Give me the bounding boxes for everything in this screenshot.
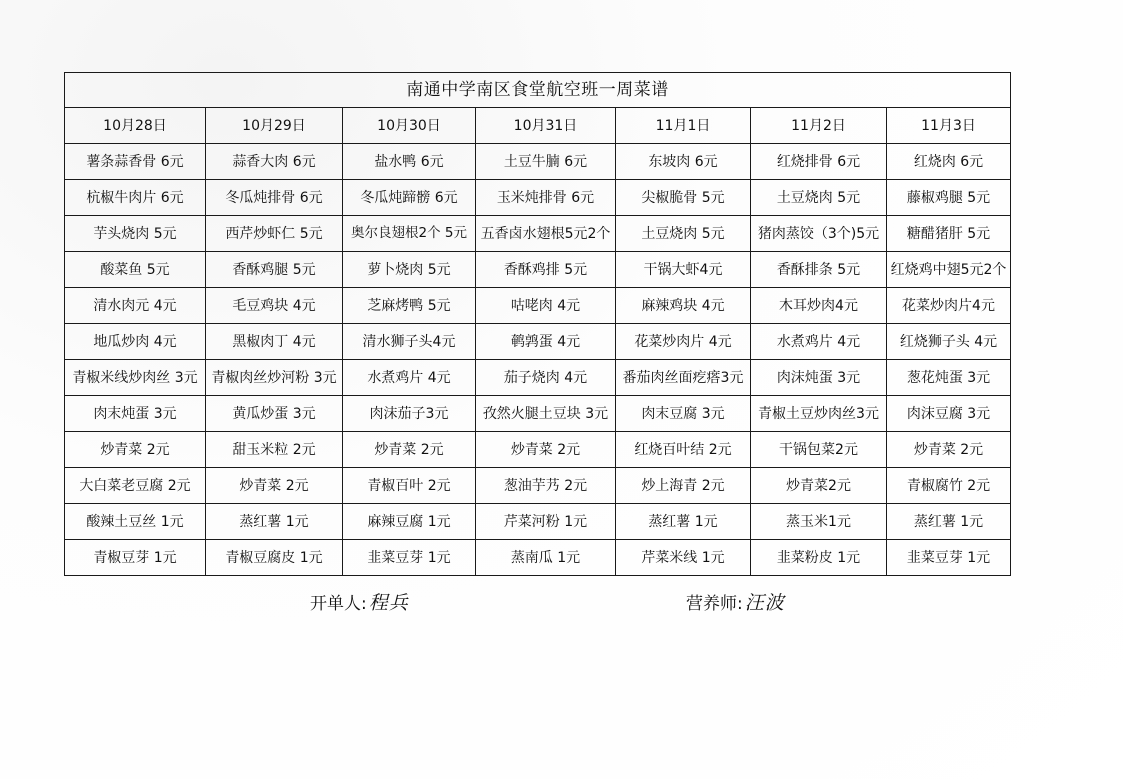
- dish-cell: 炒青菜2元: [751, 468, 887, 504]
- dish-cell: 花菜炒肉片4元: [887, 288, 1011, 324]
- table-row: 肉末炖蛋 3元 黄瓜炒蛋 3元 肉沫茄子3元 孜然火腿土豆块 3元 肉末豆腐 3…: [65, 396, 1011, 432]
- dish-cell: 西芹炒虾仁 5元: [206, 216, 343, 252]
- table-row: 芋头烧肉 5元 西芹炒虾仁 5元 奥尔良翅根2个 5元 五香卤水翅根5元2个 土…: [65, 216, 1011, 252]
- table-row: 地瓜炒肉 4元 黑椒肉丁 4元 清水狮子头4元 鹌鹑蛋 4元 花菜炒肉片 4元 …: [65, 324, 1011, 360]
- dish-cell: 毛豆鸡块 4元: [206, 288, 343, 324]
- dietitian-signoff: 营养师:汪波: [686, 588, 785, 615]
- dish-cell: 韭菜豆芽 1元: [343, 540, 476, 576]
- dish-cell: 青椒豆芽 1元: [65, 540, 206, 576]
- dish-cell: 红烧狮子头 4元: [887, 324, 1011, 360]
- dish-cell: 奥尔良翅根2个 5元: [343, 216, 476, 252]
- dish-cell: 盐水鸭 6元: [343, 144, 476, 180]
- table-row: 酸菜鱼 5元 香酥鸡腿 5元 萝卜烧肉 5元 香酥鸡排 5元 干锅大虾4元 香酥…: [65, 252, 1011, 288]
- dish-cell: 香酥排条 5元: [751, 252, 887, 288]
- dietitian-label: 营养师:: [686, 594, 743, 614]
- dish-cell: 藤椒鸡腿 5元: [887, 180, 1011, 216]
- date-header-row: 10月28日 10月29日 10月30日 10月31日 11月1日 11月2日 …: [65, 108, 1011, 144]
- dish-cell: 茄子烧肉 4元: [476, 360, 616, 396]
- date-header: 10月29日: [206, 108, 343, 144]
- dish-cell: 水煮鸡片 4元: [343, 360, 476, 396]
- dish-cell: 花菜炒肉片 4元: [616, 324, 751, 360]
- dish-cell: 葱花炖蛋 3元: [887, 360, 1011, 396]
- dish-cell: 土豆牛腩 6元: [476, 144, 616, 180]
- dish-cell: 蒜香大肉 6元: [206, 144, 343, 180]
- dish-cell: 红烧肉 6元: [887, 144, 1011, 180]
- dish-cell: 炒上海青 2元: [616, 468, 751, 504]
- dish-cell: 酸菜鱼 5元: [65, 252, 206, 288]
- dish-cell: 青椒腐竹 2元: [887, 468, 1011, 504]
- dish-cell: 麻辣鸡块 4元: [616, 288, 751, 324]
- dish-cell: 红烧排骨 6元: [751, 144, 887, 180]
- dish-cell: 玉米炖排骨 6元: [476, 180, 616, 216]
- dish-cell: 咕咾肉 4元: [476, 288, 616, 324]
- dish-cell: 肉末炖蛋 3元: [65, 396, 206, 432]
- table-row: 炒青菜 2元 甜玉米粒 2元 炒青菜 2元 炒青菜 2元 红烧百叶结 2元 干锅…: [65, 432, 1011, 468]
- issuer-signoff: 开单人:程兵: [310, 588, 409, 615]
- dish-cell: 青椒土豆炒肉丝3元: [751, 396, 887, 432]
- menu-title: 南通中学南区食堂航空班一周菜谱: [65, 73, 1011, 108]
- date-header: 10月30日: [343, 108, 476, 144]
- dish-cell: 炒青菜 2元: [206, 468, 343, 504]
- weekly-menu-table: 南通中学南区食堂航空班一周菜谱 10月28日 10月29日 10月30日 10月…: [64, 72, 1011, 576]
- dish-cell: 番茄肉丝面疙瘩3元: [616, 360, 751, 396]
- dish-cell: 木耳炒肉4元: [751, 288, 887, 324]
- dish-cell: 芹菜河粉 1元: [476, 504, 616, 540]
- table-row: 薯条蒜香骨 6元 蒜香大肉 6元 盐水鸭 6元 土豆牛腩 6元 东坡肉 6元 红…: [65, 144, 1011, 180]
- dish-cell: 炒青菜 2元: [65, 432, 206, 468]
- issuer-label: 开单人:: [310, 594, 367, 614]
- dish-cell: 蒸南瓜 1元: [476, 540, 616, 576]
- dish-cell: 大白菜老豆腐 2元: [65, 468, 206, 504]
- dish-cell: 黑椒肉丁 4元: [206, 324, 343, 360]
- dish-cell: 蒸红薯 1元: [887, 504, 1011, 540]
- dish-cell: 冬瓜炖蹄髈 6元: [343, 180, 476, 216]
- dish-cell: 清水狮子头4元: [343, 324, 476, 360]
- dish-cell: 蒸红薯 1元: [616, 504, 751, 540]
- dish-cell: 猪肉蒸饺（3个)5元: [751, 216, 887, 252]
- dish-cell: 芝麻烤鸭 5元: [343, 288, 476, 324]
- date-header: 11月2日: [751, 108, 887, 144]
- dish-cell: 尖椒脆骨 5元: [616, 180, 751, 216]
- dish-cell: 土豆烧肉 5元: [616, 216, 751, 252]
- title-row: 南通中学南区食堂航空班一周菜谱: [65, 73, 1011, 108]
- dish-cell: 青椒肉丝炒河粉 3元: [206, 360, 343, 396]
- dish-cell: 芋头烧肉 5元: [65, 216, 206, 252]
- table-row: 清水肉元 4元 毛豆鸡块 4元 芝麻烤鸭 5元 咕咾肉 4元 麻辣鸡块 4元 木…: [65, 288, 1011, 324]
- dish-cell: 炒青菜 2元: [476, 432, 616, 468]
- dish-cell: 鹌鹑蛋 4元: [476, 324, 616, 360]
- table-row: 酸辣土豆丝 1元 蒸红薯 1元 麻辣豆腐 1元 芹菜河粉 1元 蒸红薯 1元 蒸…: [65, 504, 1011, 540]
- dish-cell: 红烧百叶结 2元: [616, 432, 751, 468]
- dish-cell: 肉末豆腐 3元: [616, 396, 751, 432]
- issuer-signature: 程兵: [369, 592, 409, 614]
- dish-cell: 肉沫茄子3元: [343, 396, 476, 432]
- dish-cell: 地瓜炒肉 4元: [65, 324, 206, 360]
- dish-cell: 香酥鸡排 5元: [476, 252, 616, 288]
- dish-cell: 韭菜粉皮 1元: [751, 540, 887, 576]
- table-row: 杭椒牛肉片 6元 冬瓜炖排骨 6元 冬瓜炖蹄髈 6元 玉米炖排骨 6元 尖椒脆骨…: [65, 180, 1011, 216]
- dish-cell: 酸辣土豆丝 1元: [65, 504, 206, 540]
- dish-cell: 芹菜米线 1元: [616, 540, 751, 576]
- dish-cell: 东坡肉 6元: [616, 144, 751, 180]
- dish-cell: 杭椒牛肉片 6元: [65, 180, 206, 216]
- dish-cell: 黄瓜炒蛋 3元: [206, 396, 343, 432]
- dish-cell: 水煮鸡片 4元: [751, 324, 887, 360]
- date-header: 10月28日: [65, 108, 206, 144]
- date-header: 11月3日: [887, 108, 1011, 144]
- dish-cell: 青椒豆腐皮 1元: [206, 540, 343, 576]
- dish-cell: 香酥鸡腿 5元: [206, 252, 343, 288]
- dish-cell: 糖醋猪肝 5元: [887, 216, 1011, 252]
- dish-cell: 炒青菜 2元: [887, 432, 1011, 468]
- dish-cell: 韭菜豆芽 1元: [887, 540, 1011, 576]
- table-row: 青椒豆芽 1元 青椒豆腐皮 1元 韭菜豆芽 1元 蒸南瓜 1元 芹菜米线 1元 …: [65, 540, 1011, 576]
- date-header: 10月31日: [476, 108, 616, 144]
- dish-cell: 葱油芋艿 2元: [476, 468, 616, 504]
- dish-cell: 炒青菜 2元: [343, 432, 476, 468]
- dish-cell: 薯条蒜香骨 6元: [65, 144, 206, 180]
- scanned-page: 南通中学南区食堂航空班一周菜谱 10月28日 10月29日 10月30日 10月…: [0, 0, 1123, 779]
- table-row: 大白菜老豆腐 2元 炒青菜 2元 青椒百叶 2元 葱油芋艿 2元 炒上海青 2元…: [65, 468, 1011, 504]
- dish-cell: 青椒米线炒肉丝 3元: [65, 360, 206, 396]
- dish-cell: 蒸玉米1元: [751, 504, 887, 540]
- dish-cell: 青椒百叶 2元: [343, 468, 476, 504]
- dish-cell: 干锅大虾4元: [616, 252, 751, 288]
- dish-cell: 肉沫炖蛋 3元: [751, 360, 887, 396]
- dish-cell: 清水肉元 4元: [65, 288, 206, 324]
- table-row: 青椒米线炒肉丝 3元 青椒肉丝炒河粉 3元 水煮鸡片 4元 茄子烧肉 4元 番茄…: [65, 360, 1011, 396]
- dish-cell: 甜玉米粒 2元: [206, 432, 343, 468]
- dish-cell: 红烧鸡中翅5元2个: [887, 252, 1011, 288]
- date-header: 11月1日: [616, 108, 751, 144]
- dish-cell: 麻辣豆腐 1元: [343, 504, 476, 540]
- dish-cell: 土豆烧肉 5元: [751, 180, 887, 216]
- dish-cell: 萝卜烧肉 5元: [343, 252, 476, 288]
- dish-cell: 冬瓜炖排骨 6元: [206, 180, 343, 216]
- dish-cell: 肉沫豆腐 3元: [887, 396, 1011, 432]
- dish-cell: 孜然火腿土豆块 3元: [476, 396, 616, 432]
- menu-body: 薯条蒜香骨 6元 蒜香大肉 6元 盐水鸭 6元 土豆牛腩 6元 东坡肉 6元 红…: [65, 144, 1011, 576]
- dietitian-signature: 汪波: [745, 592, 785, 614]
- dish-cell: 五香卤水翅根5元2个: [476, 216, 616, 252]
- dish-cell: 蒸红薯 1元: [206, 504, 343, 540]
- dish-cell: 干锅包菜2元: [751, 432, 887, 468]
